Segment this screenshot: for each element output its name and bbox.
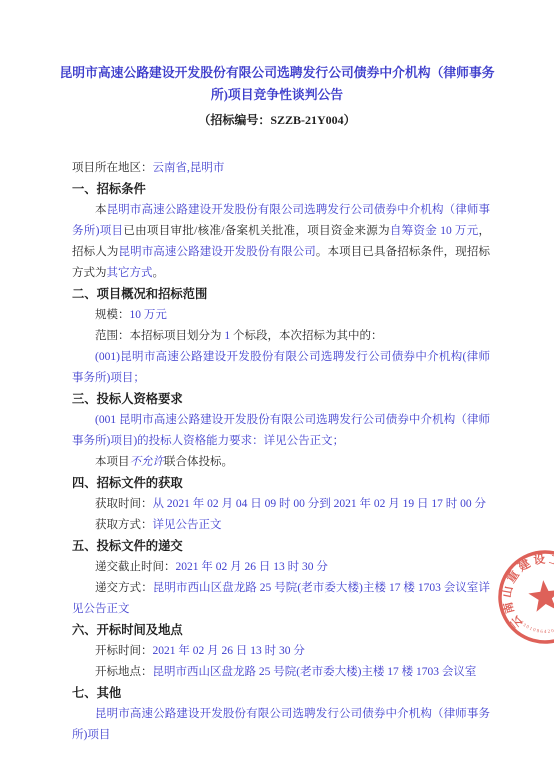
section-heading: 二、项目概况和招标范围 xyxy=(72,284,490,305)
paragraph: (001 昆明市高速公路建设开发股份有限公司选聘发行公司债券中介机构（律师事务所… xyxy=(72,410,490,452)
company-seal-stamp: 云南山重建设工程 5301086420 xyxy=(479,531,554,663)
paragraph: 获取时间：从 2021 年 02 月 04 日 09 时 00 分到 2021 … xyxy=(72,494,490,515)
page-title: 昆明市高速公路建设开发股份有限公司选聘发行公司债券中介机构（律师事务所)项目竞争… xyxy=(58,62,496,106)
svg-text:5301086420: 5301086420 xyxy=(518,617,554,638)
text-run: 。 xyxy=(153,267,165,279)
text-run: 自筹资金 10 万元 xyxy=(390,225,479,237)
paragraph: 递交截止时间：2021 年 02 月 26 日 13 时 30 分 xyxy=(72,557,490,578)
seal-serial-number: 5301086420 xyxy=(518,617,554,638)
intro-line: 项目所在地区：云南省,昆明市 xyxy=(72,158,490,179)
text-run: 2021 年 02 月 26 日 13 时 30 分 xyxy=(176,561,328,573)
text-run: 获取时间： xyxy=(95,498,153,510)
paragraph: 递交方式：昆明市西山区盘龙路 25 号院(老市委大楼)主楼 17 楼 1703 … xyxy=(72,578,490,620)
text-run: 本项目 xyxy=(95,456,130,468)
paragraph: 开标地点：昆明市西山区盘龙路 25 号院(老市委大楼)主楼 17 楼 1703 … xyxy=(72,662,490,683)
tender-number: （招标编号：SZZB-21Y004） xyxy=(0,111,554,128)
document-page: 昆明市高速公路建设开发股份有限公司选聘发行公司债券中介机构（律师事务所)项目竞争… xyxy=(0,0,554,783)
section-heading: 六、开标时间及地点 xyxy=(72,620,490,641)
seal-ring xyxy=(496,548,554,647)
text-run: 云南省,昆明市 xyxy=(153,162,225,174)
text-run: 开标地点： xyxy=(95,666,153,678)
paragraph: 规模：10 万元 xyxy=(72,305,490,326)
section-heading: 五、投标文件的递交 xyxy=(72,536,490,557)
text-run: 从 2021 年 02 月 04 日 09 时 00 分到 2021 年 02 … xyxy=(153,498,487,510)
text-run: 开标时间： xyxy=(95,645,153,657)
section-heading: 一、招标条件 xyxy=(72,179,490,200)
text-run: 递交截止时间： xyxy=(95,561,176,573)
text-run: 联合体投标。 xyxy=(164,456,233,468)
text-run: 已由项目审批/核准/备案机关批准，项目资金来源为 xyxy=(123,225,390,237)
paragraph: 本项目不允许联合体投标。 xyxy=(72,452,490,473)
star-icon xyxy=(527,578,554,612)
seal-arc-text: 云南山重建设工程 xyxy=(495,548,554,631)
paragraph: 获取方式：详见公告正文 xyxy=(72,515,490,536)
text-run: 昆明市高速公路建设开发股份有限公司选聘发行公司债券中介机构（律师事务所)项目 xyxy=(72,708,490,741)
text-run: 递交方式： xyxy=(95,582,153,594)
svg-text:云南山重建设工程: 云南山重建设工程 xyxy=(495,548,554,631)
paragraph: 范围：本招标项目划分为 1 个标段，本次招标为其中的： xyxy=(72,326,490,347)
section-heading: 三、投标人资格要求 xyxy=(72,389,490,410)
text-run: 昆明市高速公路建设开发股份有限公司 xyxy=(118,246,315,258)
text-run: (001)昆明市高速公路建设开发股份有限公司选聘发行公司债券中介机构(律师事务所… xyxy=(72,351,490,384)
text-run: 获取方式： xyxy=(95,519,153,531)
text-run: 其它方式 xyxy=(107,267,153,279)
paragraph: 昆明市高速公路建设开发股份有限公司选聘发行公司债券中介机构（律师事务所)项目 xyxy=(72,704,490,746)
text-run: 本 xyxy=(95,204,107,216)
text-run: 范围：本招标项目划分为 xyxy=(95,330,224,342)
text-run: 规模： xyxy=(95,309,130,321)
text-run: 昆明市西山区盘龙路 25 号院(老市委大楼)主楼 17 楼 1703 会议室 xyxy=(153,666,477,678)
text-run: 10 万元 xyxy=(130,309,167,321)
text-run: 不允许 xyxy=(130,456,165,468)
paragraph: 开标时间：2021 年 02 月 26 日 13 时 30 分 xyxy=(72,641,490,662)
paragraph: 本昆明市高速公路建设开发股份有限公司选聘发行公司债券中介机构（律师事务所)项目已… xyxy=(72,200,490,284)
sections: 一、招标条件本昆明市高速公路建设开发股份有限公司选聘发行公司债券中介机构（律师事… xyxy=(72,179,490,746)
text-run: (001 昆明市高速公路建设开发股份有限公司选聘发行公司债券中介机构（律师事务所… xyxy=(72,414,490,447)
document-body: 项目所在地区：云南省,昆明市 一、招标条件本昆明市高速公路建设开发股份有限公司选… xyxy=(72,158,490,746)
text-run: 个标段，本次招标为其中的： xyxy=(230,330,382,342)
text-run: 项目所在地区： xyxy=(72,162,153,174)
section-heading: 四、招标文件的获取 xyxy=(72,473,490,494)
paragraph: (001)昆明市高速公路建设开发股份有限公司选聘发行公司债券中介机构(律师事务所… xyxy=(72,347,490,389)
text-run: 2021 年 02 月 26 日 13 时 30 分 xyxy=(153,645,305,657)
section-heading: 七、其他 xyxy=(72,683,490,704)
text-run: 详见公告正文 xyxy=(153,519,222,531)
